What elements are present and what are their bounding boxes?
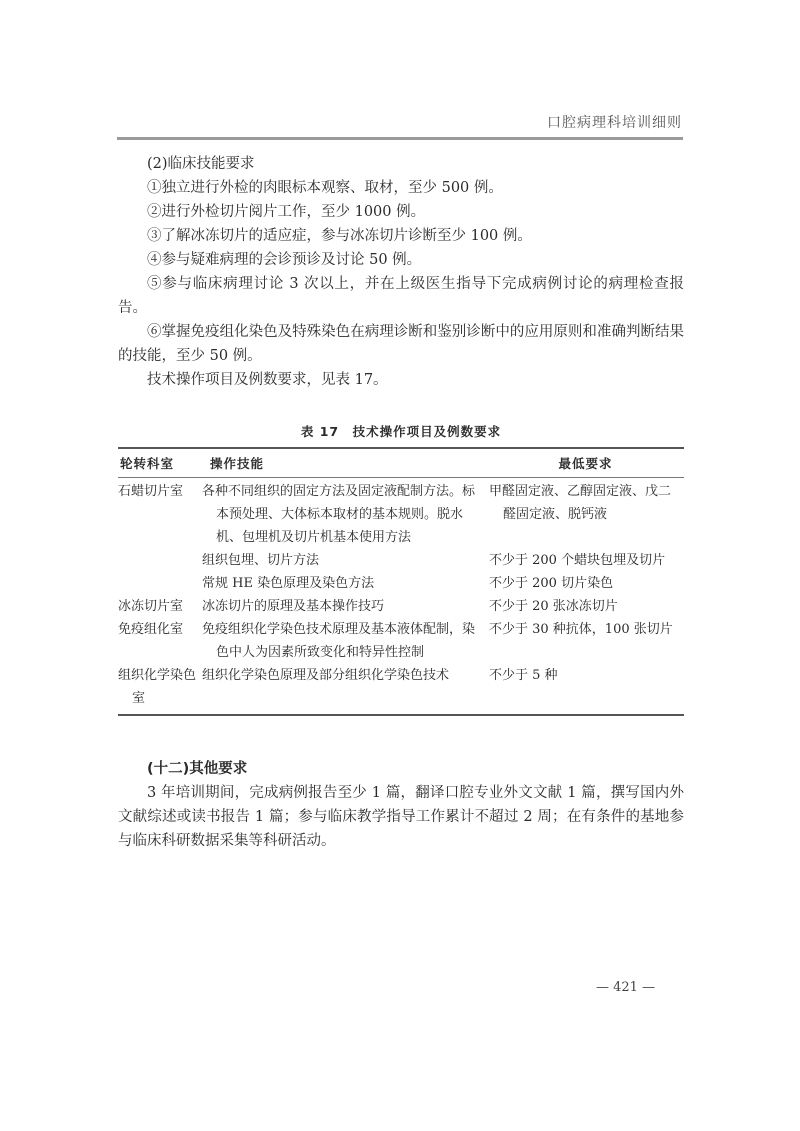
cell-department: 石蜡切片室 [118,478,200,550]
cell-skill: 组织化学染色原理及部分组织化学染色技术 [200,664,487,715]
table-row: 常规 HE 染色原理及染色方法 不少于 200 切片染色 [118,572,684,595]
other-requirements-section: (十二)其他要求 3 年培训期间，完成病例报告至少 1 篇，翻译口腔专业外文文献… [118,757,684,853]
table-header-row: 轮转科室 操作技能 最低要求 [118,448,684,478]
header-department: 轮转科室 [118,448,200,478]
table-row: 组织化学染色室 组织化学染色原理及部分组织化学染色技术 不少于 5 种 [118,664,684,715]
requirement-item: ④参与疑难病理的会诊预诊及讨论 50 例。 [118,248,684,272]
requirement-item: ①独立进行外检的肉眼标本观察、取材，至少 500 例。 [118,176,684,200]
requirement-item: ⑥掌握免疫组化染色及特殊染色在病理诊断和鉴别诊断中的应用原则和准确判断结果的技能… [118,320,684,368]
subsection-heading: (2)临床技能要求 [118,152,684,176]
cell-requirement: 不少于 5 种 [487,664,684,715]
header-skill: 操作技能 [200,448,487,478]
header-rule [117,137,683,140]
cell-skill: 组织包埋、切片方法 [200,549,487,572]
requirements-table: 轮转科室 操作技能 最低要求 石蜡切片室 各种不同组织的固定方法及固定液配制方法… [118,447,684,716]
table-row: 石蜡切片室 各种不同组织的固定方法及固定液配制方法。标本预处理、大体标本取材的基… [118,478,684,550]
cell-skill: 冰冻切片的原理及基本操作技巧 [200,595,487,618]
cell-requirement: 不少于 30 种抗体，100 张切片 [487,618,684,664]
header-requirement: 最低要求 [487,448,684,478]
table-caption: 表 17 技术操作项目及例数要求 [118,422,684,440]
cell-skill: 免疫组织化学染色技术原理及基本液体配制，染色中人为因素所致变化和特异性控制 [200,618,487,664]
cell-requirement: 不少于 200 个蜡块包埋及切片 [487,549,684,572]
table-row: 免疫组化室 免疫组织化学染色技术原理及基本液体配制，染色中人为因素所致变化和特异… [118,618,684,664]
cell-skill: 各种不同组织的固定方法及固定液配制方法。标本预处理、大体标本取材的基本规则。脱水… [200,478,487,550]
table-reference: 技术操作项目及例数要求，见表 17。 [118,368,684,392]
clinical-skills-section: (2)临床技能要求 ①独立进行外检的肉眼标本观察、取材，至少 500 例。 ②进… [118,152,684,392]
cell-requirement: 不少于 200 切片染色 [487,572,684,595]
requirement-item: ②进行外检切片阅片工作，至少 1000 例。 [118,200,684,224]
cell-department: 组织化学染色室 [118,664,200,715]
cell-department [118,572,200,595]
cell-department: 冰冻切片室 [118,595,200,618]
section-heading: (十二)其他要求 [118,757,684,781]
cell-requirement: 不少于 20 张冰冻切片 [487,595,684,618]
running-header-title: 口腔病理科培训细则 [547,112,682,132]
section-paragraph: 3 年培训期间，完成病例报告至少 1 篇，翻译口腔专业外文文献 1 篇，撰写国内… [118,781,684,853]
cell-requirement: 甲醛固定液、乙醇固定液、戊二醛固定液、脱钙液 [487,478,684,550]
page-number: — 421 — [596,980,655,995]
cell-department: 免疫组化室 [118,618,200,664]
table-row: 组织包埋、切片方法 不少于 200 个蜡块包埋及切片 [118,549,684,572]
table-row: 冰冻切片室 冰冻切片的原理及基本操作技巧 不少于 20 张冰冻切片 [118,595,684,618]
cell-skill: 常规 HE 染色原理及染色方法 [200,572,487,595]
requirement-item: ⑤参与临床病理讨论 3 次以上，并在上级医生指导下完成病例讨论的病理检查报告。 [118,272,684,320]
requirement-item: ③了解冰冻切片的适应症，参与冰冻切片诊断至少 100 例。 [118,224,684,248]
cell-department [118,549,200,572]
